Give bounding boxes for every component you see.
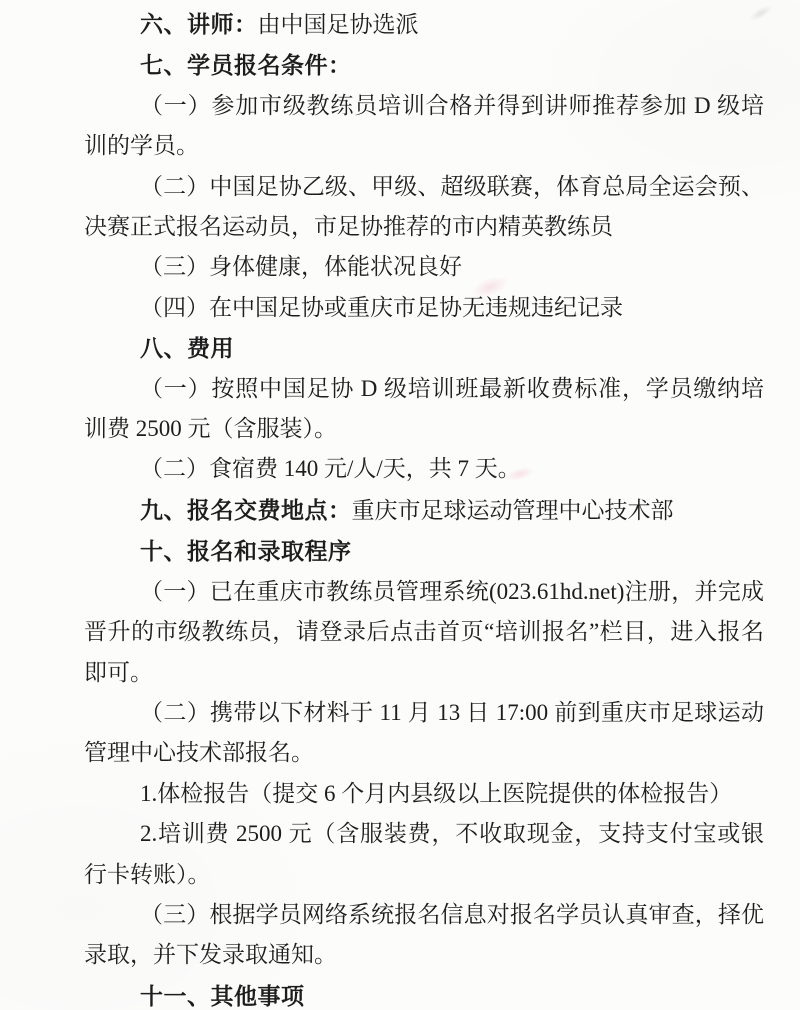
section-heading-value: 重庆市足球运动管理中心技术部 bbox=[352, 498, 674, 523]
paragraph-fee-1: （一）按照中国足协 D 级培训班最新收费标准，学员缴纳培训费 2500 元（含服… bbox=[84, 369, 764, 450]
paragraph-condition-2: （二）中国足协乙级、甲级、超级联赛，体育总局全运会预、决赛正式报名运动员，市足协… bbox=[84, 167, 764, 248]
scanned-document-page: 六、讲师：由中国足协选派 七、学员报名条件： （一）参加市级教练员培训合格并得到… bbox=[0, 0, 800, 1010]
paragraph-procedure-3: （三）根据学员网络系统报名信息对报名学员认真审查，择优录取，并下发录取通知。 bbox=[84, 895, 764, 976]
paragraph-material-2: 2.培训费 2500 元（含服装费，不收取现金，支持支付宝或银行卡转账）。 bbox=[84, 814, 764, 895]
section-heading-other-matters: 十一、其他事项 bbox=[84, 976, 764, 1010]
section-heading-label: 六、讲师： bbox=[140, 11, 258, 37]
paragraph-procedure-2: （二）携带以下材料于 11 月 13 日 17:00 前到重庆市足球运动管理中心… bbox=[84, 693, 764, 774]
section-heading-fees: 八、费用 bbox=[84, 328, 764, 368]
paragraph-condition-1: （一）参加市级教练员培训合格并得到讲师推荐参加 D 级培训的学员。 bbox=[84, 86, 764, 167]
section-heading-enrollment-conditions: 七、学员报名条件： bbox=[84, 45, 764, 85]
paragraph-material-1: 1.体检报告（提交 6 个月内县级以上医院提供的体检报告） bbox=[84, 774, 764, 814]
section-heading-value: 由中国足协选派 bbox=[258, 12, 419, 37]
paragraph-procedure-1: （一）已在重庆市教练员管理系统(023.61hd.net)注册，并完成晋升的市级… bbox=[84, 572, 764, 693]
section-heading-lecturer: 六、讲师：由中国足协选派 bbox=[84, 4, 764, 45]
paragraph-condition-3: （三）身体健康，体能状况良好 bbox=[84, 247, 764, 287]
paragraph-fee-2: （二）食宿费 140 元/人/天，共 7 天。 bbox=[84, 449, 764, 489]
section-heading-payment-location: 九、报名交费地点：重庆市足球运动管理中心技术部 bbox=[84, 490, 764, 531]
paragraph-condition-4: （四）在中国足协或重庆市足协无违规违纪记录 bbox=[84, 288, 764, 328]
section-heading-registration-procedure: 十、报名和录取程序 bbox=[84, 531, 764, 571]
section-heading-label: 九、报名交费地点： bbox=[140, 497, 352, 523]
